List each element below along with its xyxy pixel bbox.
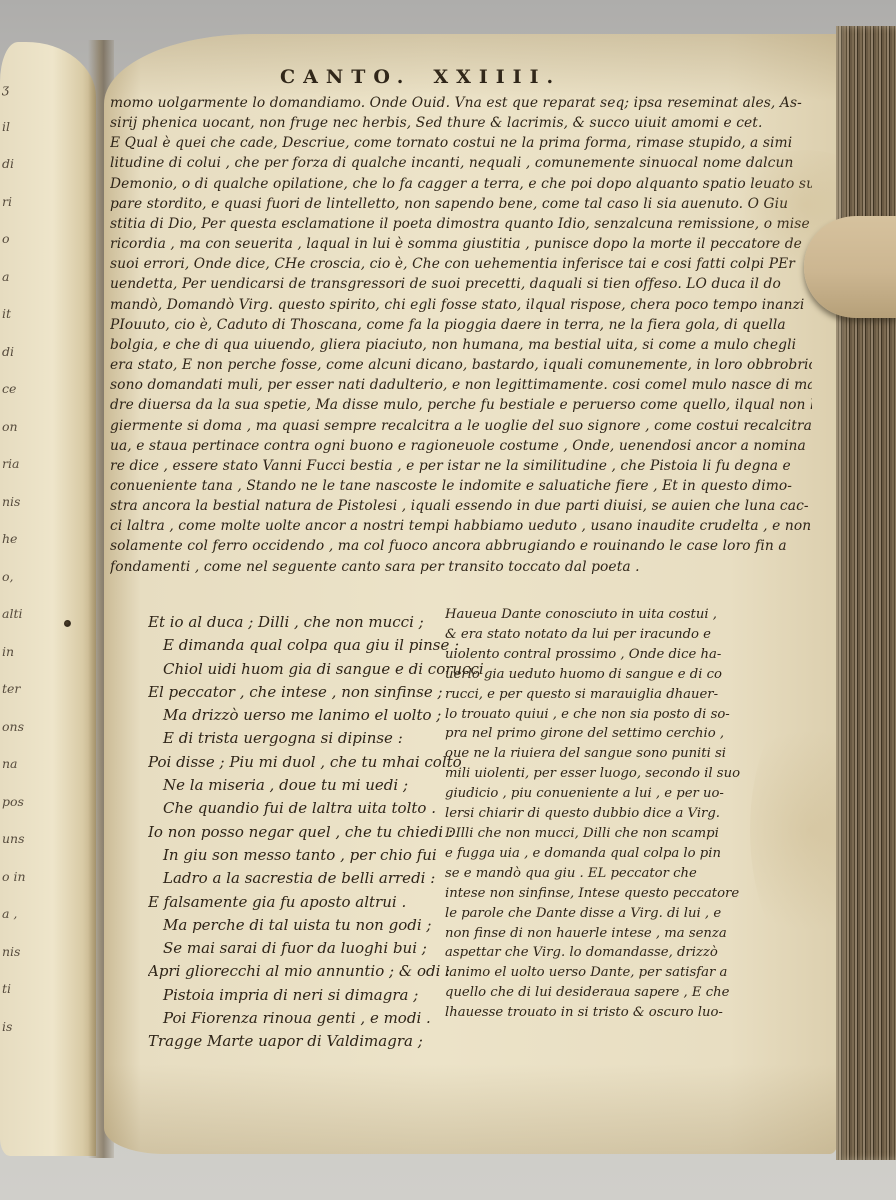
verse-line: Poi disse ; Piu mi duol , che tu mhai co…: [148, 751, 484, 774]
verse-line: Se mai sarai di fuor da luoghi bui ;: [148, 937, 484, 960]
verse-line: Che quandio fui de laltra uita tolto .: [148, 797, 484, 820]
fore-edge-page-block: [836, 26, 896, 1160]
book-photo: ʒildirioaitdiceonrianisheo,altiinteronsn…: [0, 0, 896, 1200]
page-content: CANTO.XXIIII. momo uolgarmente lo domand…: [110, 60, 838, 1154]
gloss-column: Haueua Dante conosciuto in uita costui ,…: [445, 605, 763, 1023]
text-fragment: is: [2, 1008, 36, 1046]
wooden-page-weight: [804, 216, 896, 318]
book-page: CANTO.XXIIII. momo uolgarmente lo domand…: [104, 34, 838, 1154]
gloss-line: giudicio , piu conueniente a lui , e per…: [445, 784, 763, 804]
verse-line: In giu son messo tanto , per chio fui: [148, 844, 484, 867]
commentary-line: litudine di colui , che per forza di qua…: [110, 153, 812, 173]
text-fragment: pos: [2, 783, 36, 821]
facing-page-edge: ʒildirioaitdiceonrianisheo,altiinteronsn…: [0, 42, 96, 1156]
running-title: CANTO.XXIIII.: [280, 66, 561, 88]
commentary-line: ricordia , ma con seuerita , laqual in l…: [110, 234, 812, 254]
verse-line: Pistoia impria di neri si dimagra ;: [148, 984, 484, 1007]
gloss-line: quello che di lui desideraua sapere , E …: [445, 983, 763, 1003]
verse-line: E dimanda qual colpa qua giu il pinse :: [148, 634, 484, 657]
text-fragment: ce: [2, 370, 36, 408]
gloss-line: lo trouato quiui , e che non sia posto d…: [445, 705, 763, 725]
gloss-line: pra nel primo girone del settimo cerchio…: [445, 724, 763, 744]
commentary-line: suoi errori, Onde dice, CHe croscia, cio…: [110, 254, 812, 274]
gloss-line: aspettar che Virg. lo domandasse, drizzò: [445, 943, 763, 963]
text-fragment: o: [2, 220, 36, 258]
commentary-line: uendetta, Per uendicarsi de transgressor…: [110, 274, 812, 294]
gloss-line: uerlo gia ueduto huomo di sangue e di co: [445, 665, 763, 685]
text-fragment: ʒ: [2, 70, 36, 108]
verse-line: Et io al duca ; Dilli , che non mucci ;: [148, 611, 484, 634]
gloss-line: le parole che Dante disse a Virg. di lui…: [445, 904, 763, 924]
verse-line: Ne la miseria , doue tu mi uedi ;: [148, 774, 484, 797]
text-fragment: di: [2, 333, 36, 371]
text-fragment: a: [2, 258, 36, 296]
commentary-line: giermente si doma , ma quasi sempre reca…: [110, 416, 812, 436]
text-fragment: di: [2, 145, 36, 183]
verse-line: Poi Fiorenza rinoua genti , e modi .: [148, 1007, 484, 1030]
commentary-line: dre diuersa da la sua spetie, Ma disse m…: [110, 395, 812, 415]
commentary-line: conueniente tana , Stando ne le tane nas…: [110, 476, 812, 496]
text-fragment: he: [2, 520, 36, 558]
gloss-line: & era stato notato da lui per iracundo e: [445, 625, 763, 645]
commentary-line: ci laltra , come molte uolte ancor a nos…: [110, 516, 812, 536]
commentary-line: sirij phenica uocant, non fruge nec herb…: [110, 113, 812, 133]
verse-line: Ma perche di tal uista tu non godi ;: [148, 914, 484, 937]
commentary-line: era stato, E non perche fosse, come alcu…: [110, 355, 812, 375]
text-fragment: in: [2, 633, 36, 671]
wormhole-speck: [64, 620, 71, 627]
verse-line: Ma drizzò uerso me lanimo el uolto ;: [148, 704, 484, 727]
gloss-line: lhauesse trouato in si tristo & oscuro l…: [445, 1003, 763, 1023]
text-fragment: on: [2, 408, 36, 446]
canto-label: CANTO.: [280, 66, 411, 88]
verse-line: Chiol uidi huom gia di sangue e di coruc…: [148, 658, 484, 681]
gloss-line: rucci, e per questo si marauiglia dhauer…: [445, 685, 763, 705]
commentary-line: stitia di Dio, Per questa esclamatione i…: [110, 214, 812, 234]
commentary-line: pare stordito, e quasi fuori de lintelle…: [110, 194, 812, 214]
commentary-line: Demonio, o di qualche opilatione, che lo…: [110, 174, 812, 194]
gloss-line: oue ne la riuiera del sangue sono puniti…: [445, 744, 763, 764]
gloss-line: lanimo el uolto uerso Dante, per satisfa…: [445, 963, 763, 983]
gloss-line: Haueua Dante conosciuto in uita costui ,: [445, 605, 763, 625]
gloss-line: non finse di non hauerle intese , ma sen…: [445, 924, 763, 944]
text-fragment: ons: [2, 708, 36, 746]
gloss-line: mili uiolenti, per esser luogo, secondo …: [445, 764, 763, 784]
text-fragment: nis: [2, 483, 36, 521]
commentary-line: re dice , essere stato Vanni Fucci besti…: [110, 456, 812, 476]
text-fragment: ti: [2, 970, 36, 1008]
verse-line: E falsamente gia fu aposto altrui .: [148, 891, 484, 914]
text-fragment: nis: [2, 933, 36, 971]
commentary-line: PIouuto, cio è, Caduto di Thoscana, come…: [110, 315, 812, 335]
commentary-line: ua, e staua pertinace contra ogni buono …: [110, 436, 812, 456]
text-fragment: o in: [2, 858, 36, 896]
gloss-line: lersi chiarir di questo dubbio dice a Vi…: [445, 804, 763, 824]
commentary-line: fondamenti , come nel seguente canto sar…: [110, 557, 812, 577]
text-fragment: ter: [2, 670, 36, 708]
commentary-line: mandò, Domandò Virg. questo spirito, chi…: [110, 295, 812, 315]
commentary-line: stra ancora la bestial natura de Pistole…: [110, 496, 812, 516]
facing-page-text-fragments: ʒildirioaitdiceonrianisheo,altiinteronsn…: [2, 70, 36, 1045]
gloss-line: intese non sinfinse, Intese questo pecca…: [445, 884, 763, 904]
commentary-line: solamente col ferro occidendo , ma col f…: [110, 536, 812, 556]
text-fragment: uns: [2, 820, 36, 858]
text-fragment: il: [2, 108, 36, 146]
verse-line: Ladro a la sacrestia de belli arredi :: [148, 867, 484, 890]
verse-line: Tragge Marte uapor di Valdimagra ;: [148, 1030, 484, 1053]
commentary-line: momo uolgarmente lo domandiamo. Onde Oui…: [110, 93, 812, 113]
commentary-line: sono domandati muli, per esser nati dadu…: [110, 375, 812, 395]
gloss-line: uiolento contral prossimo , Onde dice ha…: [445, 645, 763, 665]
text-fragment: o,: [2, 558, 36, 596]
gloss-line: e fugga uia , e domanda qual colpa lo pi…: [445, 844, 763, 864]
commentary-line: bolgia, e che di qua uiuendo, gliera pia…: [110, 335, 812, 355]
text-fragment: it: [2, 295, 36, 333]
text-fragment: ria: [2, 445, 36, 483]
text-fragment: na: [2, 745, 36, 783]
gloss-line: se e mandò qua giu . EL peccator che: [445, 864, 763, 884]
two-column-block: Et io al duca ; Dilli , che non mucci ;E…: [110, 605, 838, 1085]
verse-line: Io non posso negar quel , che tu chiedi …: [148, 821, 484, 844]
text-fragment: alti: [2, 595, 36, 633]
gloss-line: DIlli che non mucci, Dilli che non scamp…: [445, 824, 763, 844]
commentary-line: E Qual è quei che cade, Descriue, come t…: [110, 133, 812, 153]
canto-number: XXIIII.: [433, 66, 561, 88]
verse-line: E di trista uergogna si dipinse :: [148, 727, 484, 750]
verse-line: El peccator , che intese , non sinfinse …: [148, 681, 484, 704]
text-fragment: ri: [2, 183, 36, 221]
commentary-paragraph: momo uolgarmente lo domandiamo. Onde Oui…: [110, 93, 812, 577]
verse-line: Apri gliorecchi al mio annuntio ; & odi …: [148, 960, 484, 983]
verse-column: Et io al duca ; Dilli , che non mucci ;E…: [148, 611, 484, 1054]
text-fragment: a ,: [2, 895, 36, 933]
